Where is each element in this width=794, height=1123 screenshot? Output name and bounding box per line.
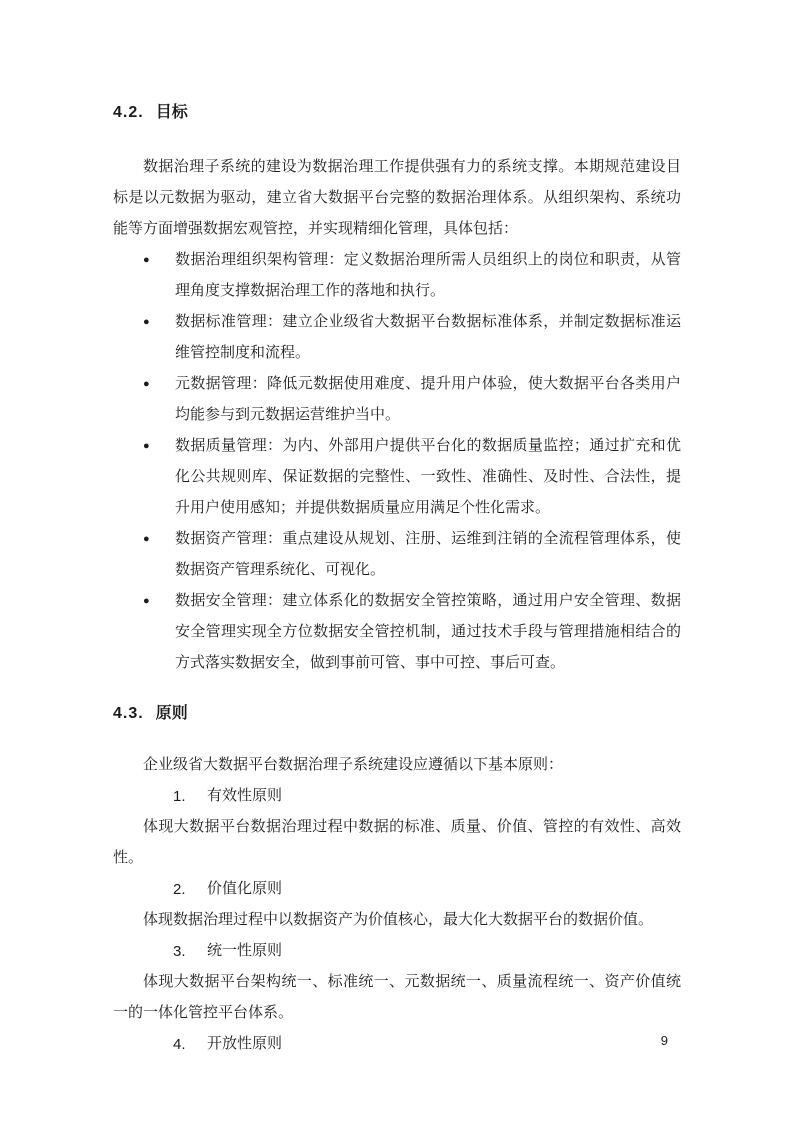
numbered-item: 2.价值化原则 [113,874,681,905]
numbered-item-number: 3. [173,936,186,967]
list-item-text: 数据标准管理：建立企业级省大数据平台数据标准体系，并制定数据标准运维管控制度和流… [175,314,681,361]
list-item: ●数据质量管理：为内、外部用户提供平台化的数据质量监控；通过扩充和优化公共规则库… [113,431,681,524]
section-title: 原则 [156,705,188,722]
list-item: ●数据标准管理：建立企业级省大数据平台数据标准体系，并制定数据标准运维管控制度和… [113,307,681,369]
list-item-text: 数据资产管理：重点建设从规划、注册、运维到注销的全流程管理体系，使数据资产管理系… [175,531,681,578]
numbered-item: 1.有效性原则 [113,781,681,812]
list-item-text: 元数据管理：降低元数据使用难度、提升用户体验，使大数据平台各类用户均能参与到元数… [175,376,681,423]
section-heading-4-2: 4.2.目标 [113,102,681,124]
numbered-item-title: 统一性原则 [207,943,282,959]
bullet-dot-icon: ● [143,431,150,462]
bullet-dot-icon: ● [143,369,150,400]
principle-description: 体现数据治理过程中以数据资产为价值核心，最大化大数据平台的数据价值。 [113,905,681,936]
numbered-item-title: 价值化原则 [207,881,282,897]
bullet-list: ●数据治理组织架构管理：定义数据治理所需人员组织上的岗位和职责，从管理角度支撑数… [113,245,681,679]
bullet-dot-icon: ● [143,586,150,617]
list-item: ●数据资产管理：重点建设从规划、注册、运维到注销的全流程管理体系，使数据资产管理… [113,524,681,586]
list-item-text: 数据安全管理：建立体系化的数据安全管控策略，通过用户安全管理、数据安全管理实现全… [175,593,681,671]
numbered-item-number: 2. [173,874,186,905]
principle-item: 2.价值化原则 体现数据治理过程中以数据资产为价值核心，最大化大数据平台的数据价… [113,874,681,936]
section-number: 4.3. [113,705,144,722]
numbered-item-number: 1. [173,781,186,812]
document-page: 4.2.目标 数据治理子系统的建设为数据治理工作提供强有力的系统支撑。本期规范建… [0,0,794,1123]
principles-list: 1.有效性原则 体现大数据平台数据治理过程中数据的标准、质量、价值、管控的有效性… [113,781,681,1060]
numbered-item: 4.开放性原则 [113,1029,681,1060]
bullet-dot-icon: ● [143,307,150,338]
list-item: ●数据安全管理：建立体系化的数据安全管控策略，通过用户安全管理、数据安全管理实现… [113,586,681,679]
section-intro-paragraph: 数据治理子系统的建设为数据治理工作提供强有力的系统支撑。本期规范建设目标是以元数… [113,152,681,245]
page-number: 9 [661,1033,668,1048]
bullet-dot-icon: ● [143,524,150,555]
section-intro-paragraph: 企业级省大数据平台数据治理子系统建设应遵循以下基本原则： [113,750,681,781]
list-item: ●数据治理组织架构管理：定义数据治理所需人员组织上的岗位和职责，从管理角度支撑数… [113,245,681,307]
list-item: ●元数据管理：降低元数据使用难度、提升用户体验，使大数据平台各类用户均能参与到元… [113,369,681,431]
section-title: 目标 [156,104,188,121]
principle-item: 1.有效性原则 体现大数据平台数据治理过程中数据的标准、质量、价值、管控的有效性… [113,781,681,874]
principle-item: 3.统一性原则 体现大数据平台架构统一、标准统一、元数据统一、质量流程统一、资产… [113,936,681,1029]
bullet-dot-icon: ● [143,245,150,276]
numbered-item-title: 开放性原则 [207,1036,282,1052]
page-content: 4.2.目标 数据治理子系统的建设为数据治理工作提供强有力的系统支撑。本期规范建… [113,0,681,1060]
principle-description: 体现大数据平台架构统一、标准统一、元数据统一、质量流程统一、资产价值统一的一体化… [113,967,681,1029]
principle-item: 4.开放性原则 [113,1029,681,1060]
list-item-text: 数据质量管理：为内、外部用户提供平台化的数据质量监控；通过扩充和优化公共规则库、… [175,438,681,516]
numbered-item-title: 有效性原则 [207,788,282,804]
section-heading-4-3: 4.3.原则 [113,703,681,725]
list-item-text: 数据治理组织架构管理：定义数据治理所需人员组织上的岗位和职责，从管理角度支撑数据… [175,252,681,299]
section-number: 4.2. [113,104,144,121]
numbered-item: 3.统一性原则 [113,936,681,967]
principle-description: 体现大数据平台数据治理过程中数据的标准、质量、价值、管控的有效性、高效性。 [113,812,681,874]
numbered-item-number: 4. [173,1029,186,1060]
